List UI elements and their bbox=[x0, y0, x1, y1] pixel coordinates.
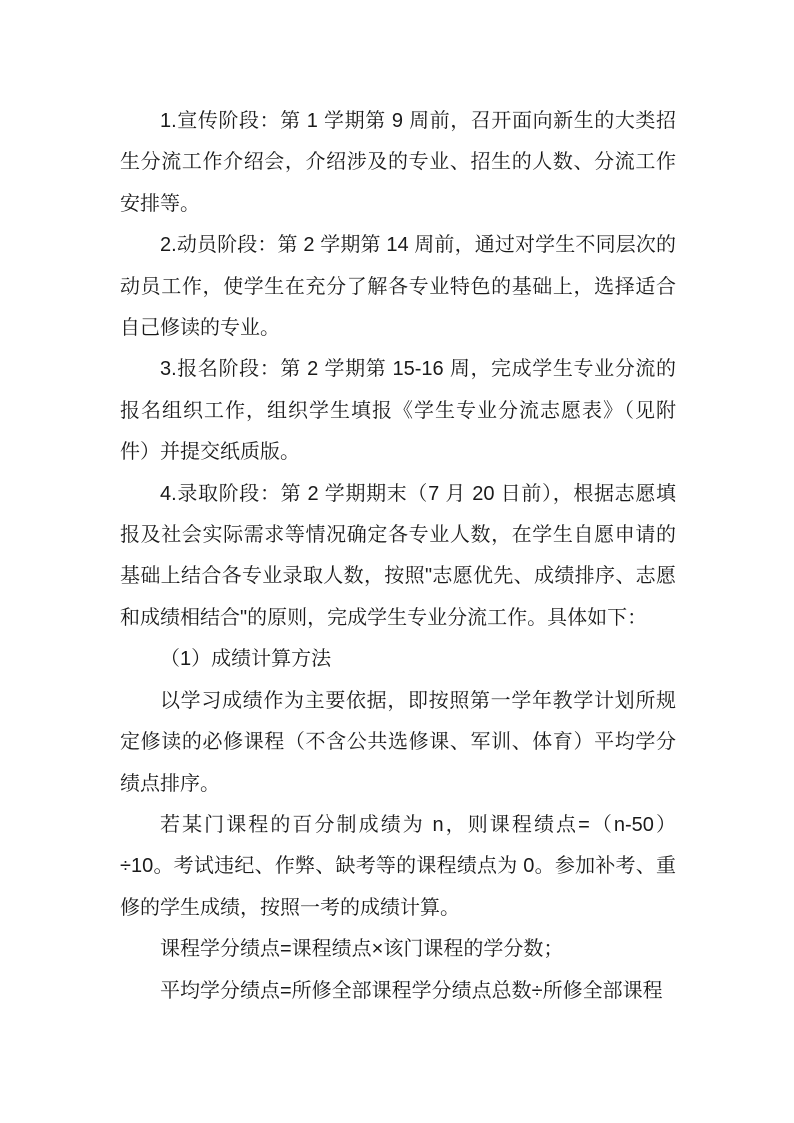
document-page: 1.宣传阶段：第 1 学期第 9 周前，召开面向新生的大类招生分流工作介绍会，介… bbox=[0, 0, 794, 1123]
paragraph-score-basis: 以学习成绩作为主要依据，即按照第一学年教学计划所规定修读的必修课程（不含公共选修… bbox=[120, 681, 676, 805]
document-body: 1.宣传阶段：第 1 学期第 9 周前，召开面向新生的大类招生分流工作介绍会，介… bbox=[120, 101, 676, 1012]
paragraph-mobilization-stage: 2.动员阶段：第 2 学期第 14 周前，通过对学生不同层次的动员工作，使学生在… bbox=[120, 225, 676, 349]
paragraph-average-credit-formula: 平均学分绩点=所修全部课程学分绩点总数÷所修全部课程 bbox=[120, 971, 676, 1012]
paragraph-course-credit-formula: 课程学分绩点=课程绩点×该门课程的学分数； bbox=[120, 929, 676, 970]
paragraph-publicity-stage: 1.宣传阶段：第 1 学期第 9 周前，召开面向新生的大类招生分流工作介绍会，介… bbox=[120, 101, 676, 225]
paragraph-registration-stage: 3.报名阶段：第 2 学期第 15-16 周，完成学生专业分流的报名组织工作，组… bbox=[120, 349, 676, 473]
paragraph-grade-point-rule: 若某门课程的百分制成绩为 n，则课程绩点=（n-50）÷10。考试违纪、作弊、缺… bbox=[120, 805, 676, 929]
paragraph-score-method-heading: （1）成绩计算方法 bbox=[120, 639, 676, 680]
paragraph-admission-stage: 4.录取阶段：第 2 学期期末（7 月 20 日前），根据志愿填报及社会实际需求… bbox=[120, 474, 676, 640]
